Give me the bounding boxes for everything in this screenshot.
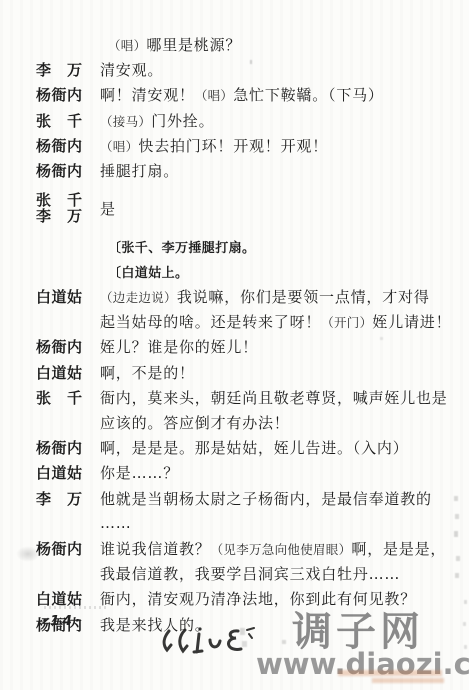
speaker-name: 白道姑 (36, 286, 100, 307)
speaker-name: 杨衙内 (36, 336, 100, 357)
script-row: 张 千李 万是 (36, 183, 456, 234)
script-row: …… (36, 511, 456, 536)
dialogue-segment: 姪儿请进！ (372, 313, 451, 331)
script-lines: （唱）哪里是桃源？李 万清安观。杨衙内啊！清安观！（唱）急忙下鞍鞽。（下马）张 … (36, 32, 456, 637)
speaker-names: 张 千李 万 (36, 192, 100, 224)
stage-direction-inline: （开门） (321, 315, 372, 330)
dialogue-segment: …… (100, 514, 132, 532)
script-row: （唱）哪里是桃源？ (36, 32, 456, 57)
dialogue-segment: 清安观。 (100, 61, 163, 79)
watermark-remnant (338, 670, 442, 676)
dialogue-text: 谁说我信道教？（见李万急向他使眉眼）啊，是是是， (100, 538, 446, 559)
scan-speck (456, 556, 460, 561)
dialogue-segment: 应该的。答应倒才有办法！ (100, 414, 290, 432)
speaker-name: 杨衙内 (36, 538, 100, 559)
dialogue-text: 啊，是是是。那是姑姑，姪儿告进。（入内） (100, 437, 409, 458)
dialogue-text: 他就是当朝杨太尉之子杨衙内，是最信奉道教的 (100, 488, 432, 509)
dialogue-text: 我最信道教，我要学吕洞宾三戏白牡丹…… (100, 563, 400, 584)
dialogue-segment: 我最信道教，我要学吕洞宾三戏白牡丹…… (100, 565, 400, 583)
script-row: 白道姑（边走边说）我说嘛，你们是要领一点情，才对得 (36, 284, 456, 309)
watermark-site-name: 调子网 (292, 612, 424, 652)
script-row: 杨衙内谁说我信道教？（见李万急向他使眉眼）啊，是是是， (36, 536, 456, 561)
stage-direction-inline: （唱） (108, 38, 146, 53)
scan-speck (454, 496, 458, 501)
scan-smudge (16, 546, 40, 562)
stage-direction-inline: （见李万急向他使眉眼） (211, 542, 352, 557)
dialogue-segment: 衙内，莫来头，朝廷尚且敬老尊贤，喊声姪儿也是 (100, 389, 448, 407)
dialogue-text: 你是……？ (100, 462, 179, 483)
speaker-name: 杨衙内 (36, 437, 100, 458)
script-row: 杨衙内啊，是是是。那是姑姑，姪儿告进。（入内） (36, 435, 456, 460)
script-row: 白道姑啊，不是的！ (36, 360, 456, 385)
dialogue-segment: 门外拴。 (151, 112, 214, 130)
scanned-script-page: （唱）哪里是桃源？李 万清安观。杨衙内啊！清安观！（唱）急忙下鞍鞽。（下马）张 … (0, 0, 469, 690)
dialogue-text: 衙内，莫来头，朝廷尚且敬老尊贤，喊声姪儿也是 (100, 387, 448, 408)
speaker-name: 李 万 (36, 59, 100, 80)
scan-speck (455, 514, 459, 519)
dialogue-text: 捶腿打扇。 (100, 160, 179, 181)
dialogue-segment: 我说嘛，你们是要领一点情，才对得 (177, 288, 430, 306)
scan-streak (44, 606, 106, 609)
dialogue-text: 衙内，清安观乃清净法地，你到此有何见教？ (100, 588, 416, 609)
dialogue-segment: 谁说我信道教？ (100, 540, 211, 558)
dialogue-text: 起当姑母的啥。还是转来了呀！（开门）姪儿请进！ (100, 311, 451, 332)
dialogue-text: 〔白道姑上。 (108, 262, 188, 281)
script-row: 起当姑母的啥。还是转来了呀！（开门）姪儿请进！ (36, 309, 456, 334)
watermark-remnant (372, 678, 444, 683)
scan-speck (455, 573, 459, 578)
dialogue-segment: 啊，是是是。那是姑姑，姪儿告进。（入内） (100, 439, 409, 457)
dialogue-segment: 〔白道姑上。 (108, 266, 188, 281)
dialogue-text: （唱）哪里是桃源？ (108, 34, 241, 55)
dialogue-segment: 衙内，清安观乃清净法地，你到此有何见教？ (100, 590, 416, 608)
script-row: 杨衙内姪儿？谁是你的姪儿！ (36, 334, 456, 359)
dialogue-segment: 你是……？ (100, 464, 179, 482)
speaker-name: 白道姑 (36, 462, 100, 483)
scan-speck (250, 60, 252, 64)
script-row: 应该的。答应倒才有办法！ (36, 410, 456, 435)
dialogue-segment: 捶腿打扇。 (100, 162, 179, 180)
dialogue-text: （接马）门外拴。 (100, 110, 214, 131)
dialogue-segment: 啊！清安观！ (100, 86, 195, 104)
dialogue-text: 清安观。 (100, 59, 163, 80)
scan-speck (282, 640, 286, 644)
script-row: 杨衙内（唱）快去拍门环！开观！开观！ (36, 133, 456, 158)
speaker-name: 杨衙内 (36, 135, 100, 156)
dialogue-segment: 快去拍门环！开观！开观！ (138, 137, 328, 155)
script-row: 〔张千、李万捶腿打扇。 (36, 234, 456, 259)
dialogue-text: （边走边说）我说嘛，你们是要领一点情，才对得 (100, 286, 430, 307)
scan-speck (380, 337, 383, 340)
scan-speck (464, 600, 467, 604)
scan-speck (240, 628, 245, 635)
dialogue-segment: 啊，不是的！ (100, 364, 195, 382)
page-number: ·14· (42, 613, 83, 629)
script-row: 杨衙内捶腿打扇。 (36, 158, 456, 183)
speaker-name: 李 万 (36, 488, 100, 509)
script-row: 李 万清安观。 (36, 57, 456, 82)
speaker-name: 杨衙内 (36, 84, 100, 105)
speaker-name: 张 千 (36, 110, 100, 131)
scan-speck (454, 531, 458, 537)
dialogue-segment: 起当姑母的啥。还是转来了呀！ (100, 313, 321, 331)
speaker-name: 李 万 (36, 208, 100, 224)
dialogue-text: （唱）快去拍门环！开观！开观！ (100, 135, 328, 156)
dialogue-text: 啊，不是的！ (100, 362, 195, 383)
dialogue-segment: 姪儿？谁是你的姪儿！ (100, 338, 258, 356)
dialogue-text: 是 (100, 198, 116, 219)
dialogue-segment: 哪里是桃源？ (146, 36, 241, 54)
script-row: 张 千衙内，莫来头，朝廷尚且敬老尊贤，喊声姪儿也是 (36, 385, 456, 410)
scan-speck (464, 645, 467, 649)
dialogue-text: …… (100, 514, 132, 532)
stage-direction-inline: （边走边说） (100, 290, 177, 305)
speaker-name: 杨衙内 (36, 160, 100, 181)
script-row: 杨衙内啊！清安观！（唱）急忙下鞍鞽。（下马） (36, 82, 456, 107)
dialogue-segment: 啊，是是是， (351, 540, 446, 558)
script-row: 李 万他就是当朝杨太尉之子杨衙内，是最信奉道教的 (36, 486, 456, 511)
scan-speck (463, 622, 466, 626)
dialogue-segment: 急忙下鞍鞽。（下马） (233, 86, 384, 104)
dialogue-segment: 是 (100, 200, 116, 218)
dialogue-text: 姪儿？谁是你的姪儿！ (100, 336, 258, 357)
script-row: 张 千（接马）门外拴。 (36, 108, 456, 133)
dialogue-segment: 他就是当朝杨太尉之子杨衙内，是最信奉道教的 (100, 490, 432, 508)
script-row: 白道姑你是……？ (36, 460, 456, 485)
speaker-name: 张 千 (36, 192, 100, 208)
script-row: 〔白道姑上。 (36, 259, 456, 284)
speaker-name: 张 千 (36, 387, 100, 408)
stage-direction-inline: （唱） (195, 88, 233, 103)
script-row: 我最信道教，我要学吕洞宾三戏白牡丹…… (36, 561, 456, 586)
dialogue-text: 〔张千、李万捶腿打扇。 (108, 237, 255, 256)
dialogue-text: 啊！清安观！（唱）急忙下鞍鞽。（下马） (100, 84, 384, 105)
dialogue-text: 应该的。答应倒才有办法！ (100, 412, 290, 433)
speaker-name: 白道姑 (36, 362, 100, 383)
stage-direction-inline: （唱） (100, 139, 138, 154)
stage-direction-inline: （接马） (100, 114, 151, 129)
dialogue-segment: 〔张千、李万捶腿打扇。 (108, 241, 255, 256)
scan-speck (242, 641, 247, 647)
